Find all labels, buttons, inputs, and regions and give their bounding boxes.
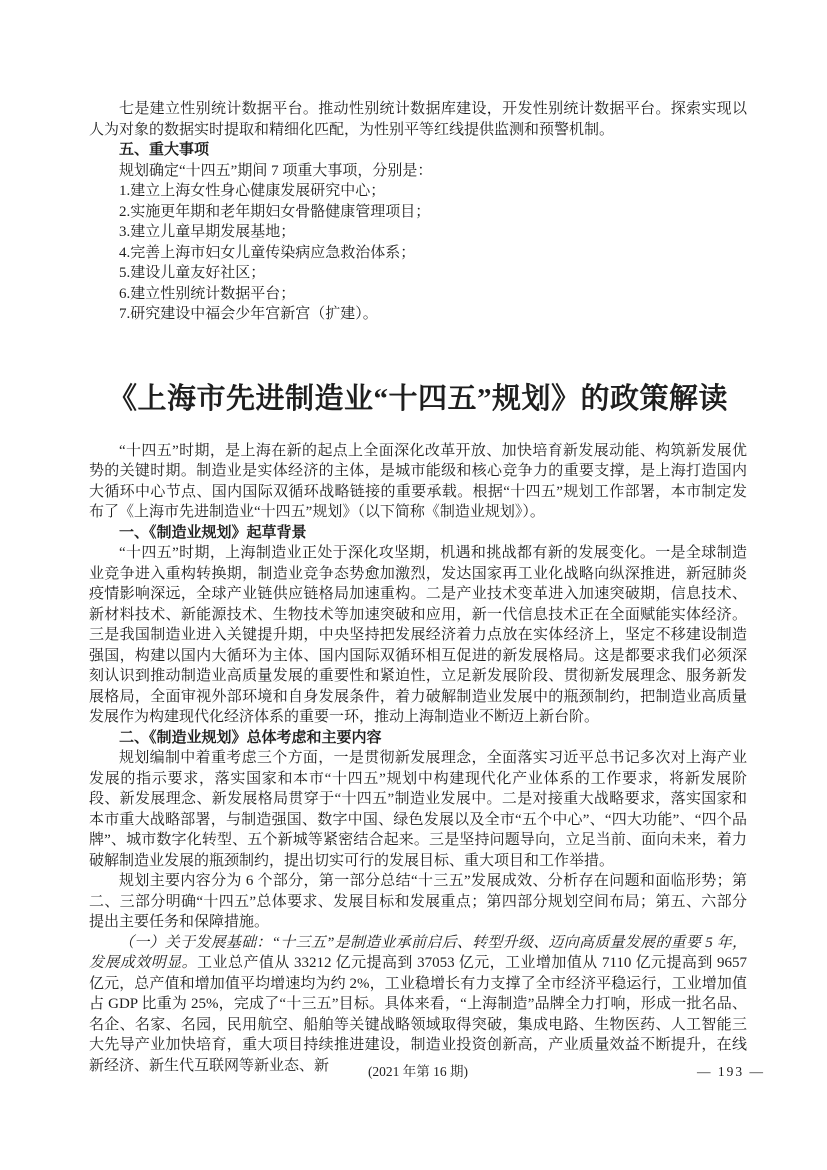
article-intro-paragraph: “十四五”时期，是上海在新的起点上全面深化改革开放、加快培育新发展动能、构筑新发… [89, 441, 747, 523]
section-heading-major-items: 五、重大事项 [89, 140, 747, 161]
list-item: 4.完善上海市妇女儿童传染病应急救治体系； [89, 243, 747, 264]
development-basis-paragraph: （一）关于发展基础：“十三五”是制造业承前启后、转型升级、迈向高质量发展的重要 … [89, 933, 747, 1077]
issue-label: (2021 年第 16 期) [89, 1062, 747, 1082]
background-paragraph: “十四五”时期，上海制造业正处于深化攻坚期，机遇和挑战都有新的发展变化。一是全球… [89, 543, 747, 728]
continuation-paragraph: 七是建立性别统计数据平台。推动性别统计数据库建设，开发性别统计数据平台。探索实现… [89, 99, 747, 140]
article-title: 《上海市先进制造业“十四五”规划》的政策解读 [89, 379, 747, 419]
overview-paragraph-2: 规划主要内容分为 6 个部分，第一部分总结“十三五”发展成效、分析存在问题和面临… [89, 871, 747, 933]
overview-paragraph-1: 规划编制中着重考虑三个方面，一是贯彻新发展理念，全面落实习近平总书记多次对上海产… [89, 748, 747, 871]
section-heading-overview: 二、《制造业规划》总体考虑和主要内容 [89, 728, 747, 749]
journal-page: 七是建立性别统计数据平台。推动性别统计数据库建设，开发性别统计数据平台。探索实现… [0, 0, 827, 1170]
major-items-list: 1.建立上海女性身心健康发展研究中心； 2.实施更年期和老年期妇女骨骼健康管理项… [89, 181, 747, 325]
list-item: 6.建立性别统计数据平台； [89, 284, 747, 305]
list-item: 3.建立儿童早期发展基地； [89, 222, 747, 243]
major-items-lead: 规划确定“十四五”期间 7 项重大事项，分别是： [89, 161, 747, 182]
list-item: 1.建立上海女性身心健康发展研究中心； [89, 181, 747, 202]
list-item: 2.实施更年期和老年期妇女骨骼健康管理项目； [89, 202, 747, 223]
list-item: 5.建设儿童友好社区； [89, 263, 747, 284]
page-number: — 193 — [697, 1062, 765, 1082]
section-heading-background: 一、《制造业规划》起草背景 [89, 523, 747, 544]
basis-body-text: 工业总产值从 33212 亿元提高到 37053 亿元，工业增加值从 7110 … [89, 955, 747, 1074]
page-footer: (2021 年第 16 期) — 193 — [89, 1062, 747, 1082]
list-item: 7.研究建设中福会少年宫新宫（扩建）。 [89, 304, 747, 325]
page-content: 七是建立性别统计数据平台。推动性别统计数据库建设，开发性别统计数据平台。探索实现… [89, 99, 747, 1076]
